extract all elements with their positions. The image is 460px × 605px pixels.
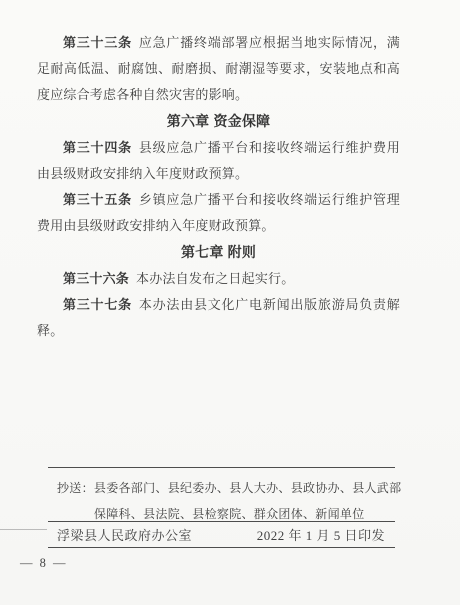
article-36-text: 本办法自发布之日起实行。 — [136, 271, 294, 286]
chapter-6-heading: 第六章 资金保障 — [37, 108, 400, 135]
footer-rule-top — [48, 467, 395, 468]
document-body: 第三十三条应急广播终端部署应根据当地实际情况，满足耐高低温、耐腐蚀、耐磨损、耐潮… — [37, 30, 400, 344]
article-37: 第三十七条本办法由县文化广电新闻出版旅游局负责解释。 — [37, 292, 400, 344]
article-34: 第三十四条县级应急广播平台和接收终端运行维护费用由县级财政安排纳入年度财政预算。 — [37, 135, 400, 187]
footer-rule-bottom — [48, 547, 395, 548]
article-33-term: 第三十三条 — [63, 35, 132, 50]
cc-lines: 县委各部门、县纪委办、县人大办、县政协办、县人武部 保障科、县法院、县检察院、群… — [94, 475, 402, 527]
cc-line-1: 县委各部门、县纪委办、县人大办、县政协办、县人武部 — [94, 475, 402, 501]
article-35: 第三十五条乡镇应急广播平台和接收终端运行维护管理费用由县级财政安排纳入年度财政预… — [37, 187, 400, 239]
issuer-name: 浮梁县人民政府办公室 — [57, 527, 192, 545]
cc-line-2: 保障科、县法院、县检察院、群众团体、新闻单位 — [94, 501, 402, 527]
article-36-term: 第三十六条 — [63, 271, 129, 286]
article-36: 第三十六条本办法自发布之日起实行。 — [37, 266, 400, 292]
chapter-7-heading: 第七章 附则 — [37, 239, 400, 266]
page-number: — 8 — — [20, 556, 68, 571]
print-date: 2022 年 1 月 5 日印发 — [257, 527, 385, 545]
scan-artifact-line — [0, 529, 47, 530]
article-34-term: 第三十四条 — [63, 140, 132, 155]
article-35-term: 第三十五条 — [63, 192, 132, 207]
issuer-row: 浮梁县人民政府办公室 2022 年 1 月 5 日印发 — [57, 527, 385, 545]
document-page: 第三十三条应急广播终端部署应根据当地实际情况，满足耐高低温、耐腐蚀、耐磨损、耐潮… — [0, 0, 460, 605]
article-33: 第三十三条应急广播终端部署应根据当地实际情况，满足耐高低温、耐腐蚀、耐磨损、耐潮… — [37, 30, 400, 108]
article-37-term: 第三十七条 — [63, 297, 132, 312]
footer-rule-middle — [48, 521, 395, 522]
cc-block: 抄送： 县委各部门、县纪委办、县人大办、县政协办、县人武部 保障科、县法院、县检… — [57, 475, 397, 527]
cc-label: 抄送： — [57, 475, 94, 527]
